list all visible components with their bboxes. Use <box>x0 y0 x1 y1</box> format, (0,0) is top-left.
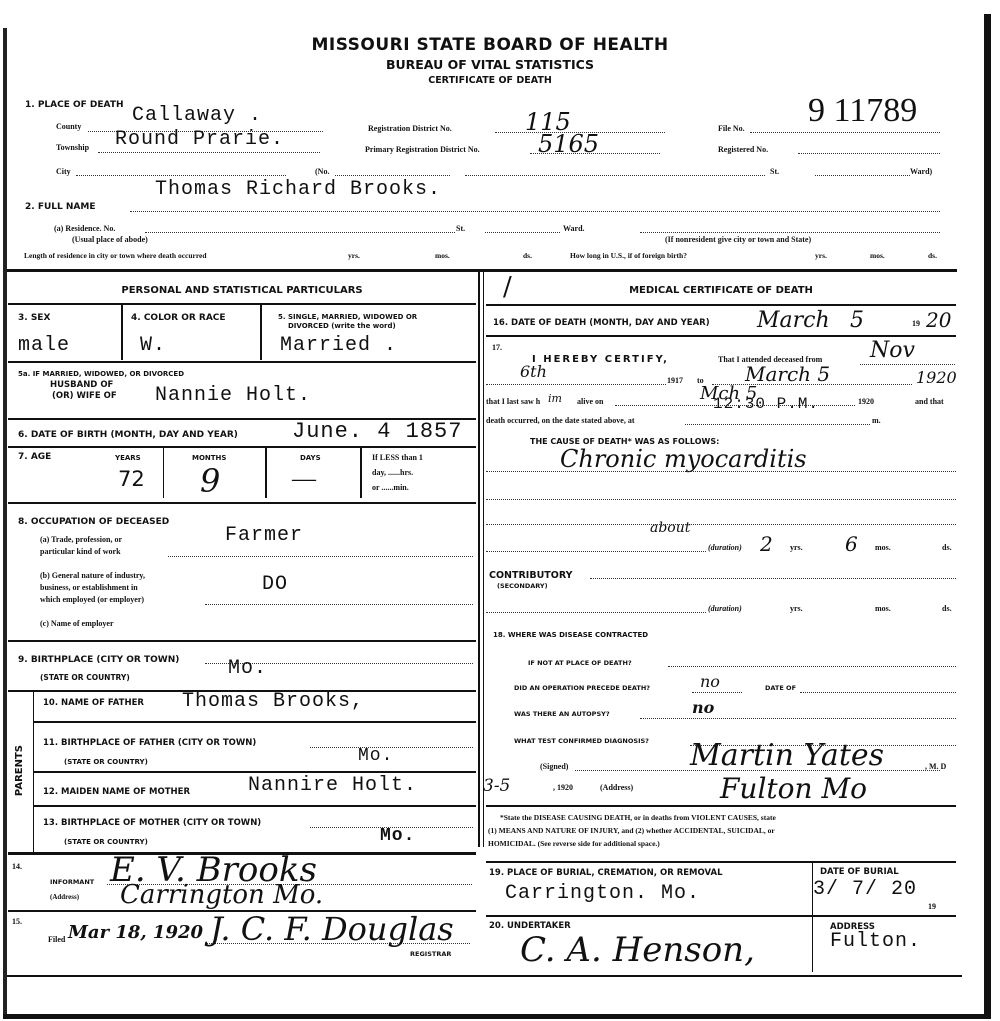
document-subtitle: BUREAU OF VITAL STATISTICS <box>180 57 800 72</box>
parents-side-label: PARENTS <box>14 745 25 796</box>
city-line <box>76 175 286 176</box>
divider <box>8 446 476 448</box>
md-label: , M. D <box>925 762 946 771</box>
nonresident-note: (If nonresident give city or town and St… <box>665 235 811 244</box>
city-st-label: St. <box>770 167 779 176</box>
m-label: m. <box>872 416 881 425</box>
filed-label: Filed <box>48 935 65 944</box>
burial-date-value: 3/ 7/ 20 <box>813 878 917 901</box>
residence-ds-label: ds. <box>523 251 532 260</box>
burial-date-suffix: 19 <box>928 902 936 911</box>
us-mos-label: mos. <box>870 251 885 260</box>
operation-label: DID AN OPERATION PRECEDE DEATH? <box>514 684 650 692</box>
contributory-mos-label: mos. <box>875 604 891 613</box>
sex-label: 3. SEX <box>18 313 50 323</box>
residence-ward-label: Ward. <box>563 224 585 233</box>
sign-year: , 1920 <box>553 783 573 792</box>
to-year: 1920 <box>916 368 957 387</box>
registrar-signature: J. C. F. Douglas <box>210 910 454 948</box>
age-months-label: MONTHS <box>192 454 226 462</box>
divider <box>486 915 956 917</box>
occupation-label: 8. OCCUPATION OF DECEASED <box>18 517 169 527</box>
mother-value: Nannire Holt. <box>248 774 417 797</box>
residence-line <box>145 232 455 233</box>
residence-ward-line <box>640 232 940 233</box>
dod-year: 20 <box>926 308 951 332</box>
us-yrs-label: yrs. <box>815 251 827 260</box>
father-value: Thomas Brooks, <box>182 690 364 713</box>
residence-st-line <box>485 232 560 233</box>
marital-label-2: DIVORCED (write the word) <box>288 322 396 330</box>
signed-label: (Signed) <box>540 762 568 771</box>
father-birthplace-label: 11. BIRTHPLACE OF FATHER (CITY OR TOWN) <box>43 738 256 748</box>
certify-number: 17. <box>492 343 502 352</box>
duration-ds-label: ds. <box>942 543 952 552</box>
date-of-label: DATE OF <box>765 684 796 692</box>
occ-a-label-1: (a) Trade, profession, or <box>40 535 122 544</box>
divider <box>486 335 956 337</box>
spouse-label-2: HUSBAND OF <box>50 380 113 390</box>
age-label: 7. AGE <box>18 452 51 462</box>
occ-a-value: Farmer <box>225 524 303 547</box>
death-time-line <box>685 424 870 425</box>
alive-on-label: alive on <box>577 397 603 406</box>
residence-yrs-label: yrs. <box>348 251 360 260</box>
city-label: City <box>56 167 71 176</box>
divider <box>8 640 476 642</box>
form-name: CERTIFICATE OF DEATH <box>180 75 800 86</box>
duration-yrs: 2 <box>760 532 773 556</box>
and-that-label: and that <box>915 397 944 406</box>
burial-date-label: DATE OF BURIAL <box>820 867 899 877</box>
occ-b-label-1: (b) General nature of industry, <box>40 571 145 580</box>
birthplace-state-label: (STATE OR COUNTRY) <box>40 673 130 682</box>
secondary-label: (SECONDARY) <box>497 582 548 590</box>
registration-district-label: Registration District No. <box>368 124 452 133</box>
undertaker-address-value: Fulton. <box>830 930 921 953</box>
age-years-value: 72 <box>118 467 145 491</box>
county-value: Callaway . <box>132 104 262 127</box>
alive-year: 1920 <box>858 397 874 406</box>
duration-mos-label: mos. <box>875 543 891 552</box>
residence-label: (a) Residence. No. <box>54 224 115 233</box>
divider <box>121 305 123 360</box>
certify-text: I HEREBY CERTIFY, <box>532 354 669 365</box>
full-name-value: Thomas Richard Brooks. <box>155 178 441 201</box>
sex-value: male <box>18 334 70 357</box>
father-birthplace-value: Mo. <box>358 746 393 766</box>
race-value: W. <box>140 334 166 357</box>
last-saw-label: that I last saw h <box>486 397 540 406</box>
to-date: March 5 <box>745 362 830 386</box>
footnote-line-3: HOMICIDAL. (See reverse side for additio… <box>488 839 660 848</box>
file-no-line <box>750 132 940 133</box>
township-value: Round Prarie. <box>115 128 284 151</box>
occ-a-line <box>168 556 473 557</box>
city-no-line <box>335 175 450 176</box>
informant-address: Carrington Mo. <box>120 880 323 910</box>
cause-line-3 <box>486 524 956 525</box>
contributory-ds-label: ds. <box>942 604 952 613</box>
page-border-bottom <box>3 1014 991 1019</box>
township-label: Township <box>56 143 89 152</box>
informant-label: INFORMANT <box>50 878 94 886</box>
page-border-right <box>984 14 991 1018</box>
city-ward-label: Ward) <box>910 167 932 176</box>
duration-mos: 6 <box>845 532 858 556</box>
divider <box>360 448 362 498</box>
if-not-label: IF NOT AT PLACE OF DEATH? <box>528 659 632 667</box>
document-title: MISSOURI STATE BOARD OF HEALTH <box>180 35 800 55</box>
from-month: Nov <box>870 338 915 363</box>
age-months-value: 9 <box>200 462 220 500</box>
less-than-label: If LESS than 1 <box>372 453 423 462</box>
registered-no-line <box>798 153 940 154</box>
dob-label: 6. DATE OF BIRTH (MONTH, DAY AND YEAR) <box>18 430 238 440</box>
physician-signature: Martin Yates <box>690 738 884 773</box>
contributory-duration-line <box>486 612 706 613</box>
bottom-rule <box>7 975 962 977</box>
autopsy-label: WAS THERE AN AUTOPSY? <box>514 710 610 718</box>
informant-address-label: (Address) <box>50 893 79 901</box>
or-min-label: or ......min. <box>372 483 409 492</box>
age-days-value: — <box>292 466 316 493</box>
divider <box>34 771 476 773</box>
primary-registration-label: Primary Registration District No. <box>365 145 480 154</box>
duration-line <box>486 551 706 552</box>
city-st-line <box>465 175 765 176</box>
cause-value: Chronic myocarditis <box>560 445 807 473</box>
from-day: 6th <box>520 362 547 381</box>
registered-no-label: Registered No. <box>718 145 768 154</box>
city-no-label: (No. <box>315 167 329 176</box>
race-label: 4. COLOR OR RACE <box>131 313 226 323</box>
contributory-label: CONTRIBUTORY <box>489 570 573 581</box>
occ-b-label-3: which employed (or employer) <box>40 595 144 604</box>
page-border-left <box>3 28 7 1018</box>
divider <box>8 303 476 305</box>
divider <box>34 721 476 723</box>
occ-c-label: (c) Name of employer <box>40 619 114 628</box>
divider <box>163 448 164 498</box>
filed-date: Mar 18, 1920 <box>68 922 203 943</box>
mother-label: 12. MAIDEN NAME OF MOTHER <box>43 787 190 797</box>
dod-year-prefix: 19 <box>912 319 920 328</box>
burial-place-label: 19. PLACE OF BURIAL, CREMATION, OR REMOV… <box>489 868 723 878</box>
from-line <box>860 364 955 365</box>
county-label: County <box>56 122 81 131</box>
death-time: 12:30 P.M. <box>713 395 819 413</box>
cause-line-2 <box>486 499 956 500</box>
mother-state-label: (STATE OR COUNTRY) <box>64 838 148 846</box>
file-no-value: 9 11789 <box>808 92 917 130</box>
test-label: WHAT TEST CONFIRMED DIAGNOSIS? <box>514 737 649 745</box>
operation-value: no <box>700 672 720 691</box>
us-ds-label: ds. <box>928 251 937 260</box>
dod-month: March <box>757 308 830 333</box>
full-name-line <box>130 211 940 212</box>
dod-label: 16. DATE OF DEATH (MONTH, DAY AND YEAR) <box>493 318 710 328</box>
spouse-label-3: (OR) WIFE OF <box>52 391 117 401</box>
occ-b-label-2: business, or establishment in <box>40 583 138 592</box>
usual-abode-note: (Usual place of abode) <box>72 235 148 244</box>
footnote-line-1: *State the DISEASE CAUSING DEATH, or in … <box>500 813 776 822</box>
filed-number: 15. <box>12 917 22 926</box>
contributory-line <box>590 578 956 579</box>
contributory-duration-label: (duration) <box>708 604 742 613</box>
father-state-label: (STATE OR COUNTRY) <box>64 758 148 766</box>
file-no-label: File No. <box>718 124 745 133</box>
autopsy-value: no <box>692 698 714 717</box>
operation-line <box>692 692 742 693</box>
registrar-label: REGISTRAR <box>410 950 451 958</box>
medical-section-title: MEDICAL CERTIFICATE OF DEATH <box>486 285 956 296</box>
sign-date: 3-5 <box>483 776 510 796</box>
place-of-death-label: 1. PLACE OF DEATH <box>25 100 124 110</box>
from-day-line <box>486 384 666 385</box>
city-ward-line <box>815 175 910 176</box>
date-of-line <box>800 692 956 693</box>
if-not-line <box>668 666 956 667</box>
occ-b-value: DO <box>262 573 288 596</box>
father-label: 10. NAME OF FATHER <box>43 698 144 708</box>
birthplace-value: Mo. <box>228 657 267 680</box>
divider <box>265 448 267 498</box>
column-divider <box>478 272 484 847</box>
marital-label: 5. SINGLE, MARRIED, WIDOWED OR <box>278 313 417 321</box>
primary-registration-value: 5165 <box>538 130 599 158</box>
marital-value: Married . <box>280 334 397 357</box>
last-saw-him: im <box>548 392 562 405</box>
residence-mos-label: mos. <box>435 251 450 260</box>
duration-label: (duration) <box>708 543 742 552</box>
divider <box>486 304 956 306</box>
residence-st-label: St. <box>456 224 465 233</box>
contributory-yrs-label: yrs. <box>790 604 803 613</box>
occ-b-line <box>205 604 473 605</box>
divider <box>8 502 476 504</box>
physician-address: Fulton Mo <box>720 772 867 805</box>
occ-a-label-2: particular kind of work <box>40 547 121 556</box>
divider <box>8 361 476 363</box>
divider <box>486 861 956 863</box>
physician-address-label: (Address) <box>600 783 633 792</box>
undertaker-signature: C. A. Henson, <box>520 930 755 970</box>
burial-place-value: Carrington. Mo. <box>505 882 700 905</box>
full-name-label: 2. FULL NAME <box>25 202 95 212</box>
length-residence-label: Length of residence in city or town wher… <box>24 251 207 260</box>
age-days-label: DAYS <box>300 454 321 462</box>
autopsy-line <box>640 718 956 719</box>
mother-birthplace-value: Mo. <box>380 826 415 846</box>
dob-value: June. 4 1857 <box>292 419 462 444</box>
divider <box>486 805 956 807</box>
personal-section-title: PERSONAL AND STATISTICAL PARTICULARS <box>8 285 476 296</box>
footnote-line-2: (1) MEANS AND NATURE OF INJURY, and (2) … <box>488 826 775 835</box>
death-occurred-label: death occurred, on the date stated above… <box>486 416 635 425</box>
spouse-label-1: 5a. IF MARRIED, WIDOWED, OR DIVORCED <box>18 370 184 378</box>
duration-yrs-label: yrs. <box>790 543 803 552</box>
mother-birthplace-label: 13. BIRTHPLACE OF MOTHER (CITY OR TOWN) <box>43 818 261 828</box>
birthplace-label: 9. BIRTHPLACE (CITY OR TOWN) <box>18 655 179 665</box>
where-contracted-label: 18. WHERE WAS DISEASE CONTRACTED <box>493 631 648 639</box>
cause-line-1 <box>486 471 956 472</box>
informant-number: 14. <box>12 862 22 871</box>
how-long-us-label: How long in U.S., if of foreign birth? <box>570 251 687 260</box>
from-year: 1917 <box>667 376 683 385</box>
day-hrs-label: day, ......hrs. <box>372 468 413 477</box>
township-line <box>98 152 320 153</box>
divider <box>34 805 476 807</box>
dod-day: 5 <box>850 308 864 333</box>
spouse-value: Nannie Holt. <box>155 384 311 407</box>
duration-about: about <box>650 520 690 536</box>
divider <box>260 305 262 360</box>
age-years-label: YEARS <box>115 454 141 462</box>
